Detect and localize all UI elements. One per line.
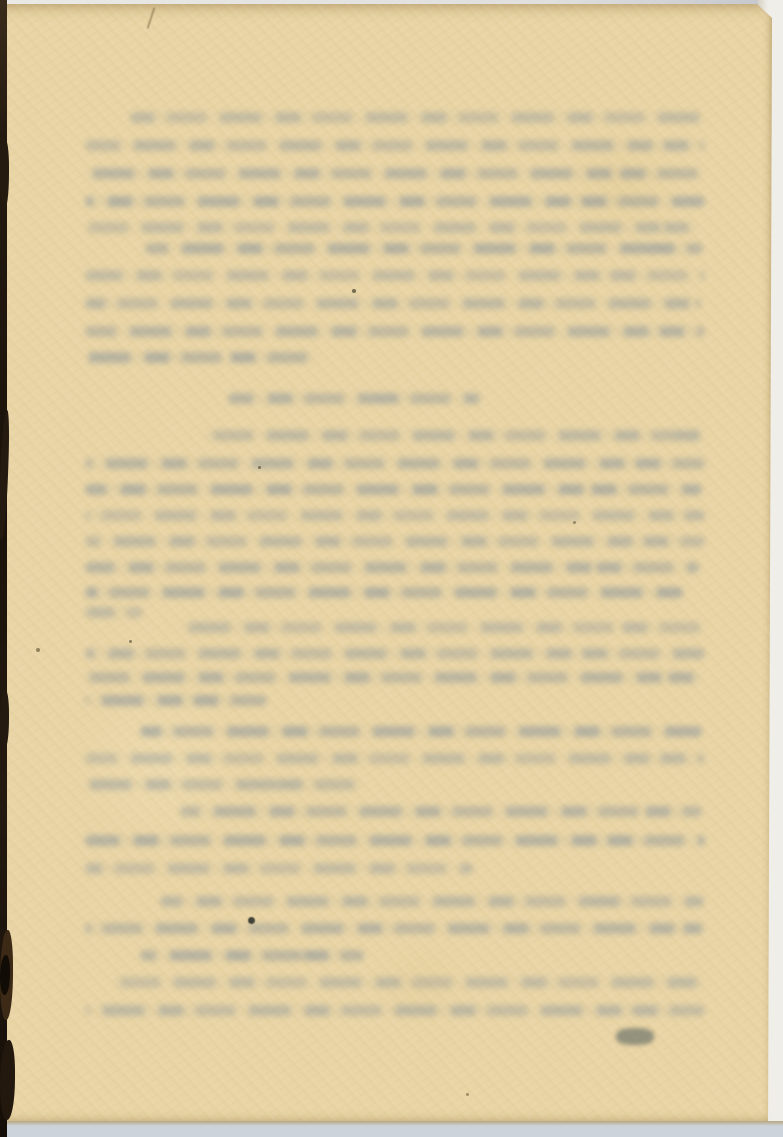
foxing-speck <box>352 289 356 293</box>
text-line-smudge <box>115 977 703 988</box>
text-line-smudge <box>85 1005 705 1016</box>
text-line-smudge <box>85 196 705 207</box>
text-line-smudge <box>85 607 143 618</box>
foxing-speck <box>129 640 132 643</box>
text-line-smudge <box>85 270 705 281</box>
foxing-speck <box>36 648 40 652</box>
text-line-smudge <box>160 896 704 907</box>
text-line-smudge <box>85 458 705 469</box>
text-line-smudge <box>85 562 699 573</box>
faded-text-layer <box>0 0 783 1137</box>
text-line-smudge <box>130 112 702 123</box>
text-line-smudge <box>85 298 701 309</box>
text-line-smudge <box>85 648 705 659</box>
text-line-smudge <box>85 695 267 706</box>
text-line-smudge <box>180 806 702 817</box>
scanned-page <box>0 0 783 1137</box>
ink-dot <box>248 917 255 924</box>
text-line-smudge <box>140 950 364 961</box>
text-line-smudge <box>85 510 705 521</box>
heading-smudge <box>228 393 480 404</box>
text-line-smudge <box>85 863 473 874</box>
text-line-smudge <box>85 168 703 179</box>
text-line-smudge <box>85 587 683 598</box>
text-line-smudge <box>85 222 697 233</box>
foxing-speck <box>258 466 261 469</box>
text-line-smudge <box>180 622 704 633</box>
text-line-smudge <box>85 835 705 846</box>
text-line-smudge <box>85 484 702 495</box>
foxing-speck <box>573 521 576 524</box>
foxing-speck <box>466 1093 469 1096</box>
page-number-smudge <box>616 1028 654 1045</box>
text-line-smudge <box>140 726 702 737</box>
text-line-smudge <box>85 352 317 363</box>
text-line-smudge <box>145 243 703 254</box>
text-line-smudge <box>85 753 705 764</box>
text-line-smudge <box>85 923 703 934</box>
text-line-smudge <box>85 672 701 683</box>
text-line-smudge <box>205 430 703 441</box>
text-line-smudge <box>85 140 705 151</box>
text-line-smudge <box>85 326 705 337</box>
text-line-smudge <box>85 779 363 790</box>
text-line-smudge <box>85 536 705 547</box>
